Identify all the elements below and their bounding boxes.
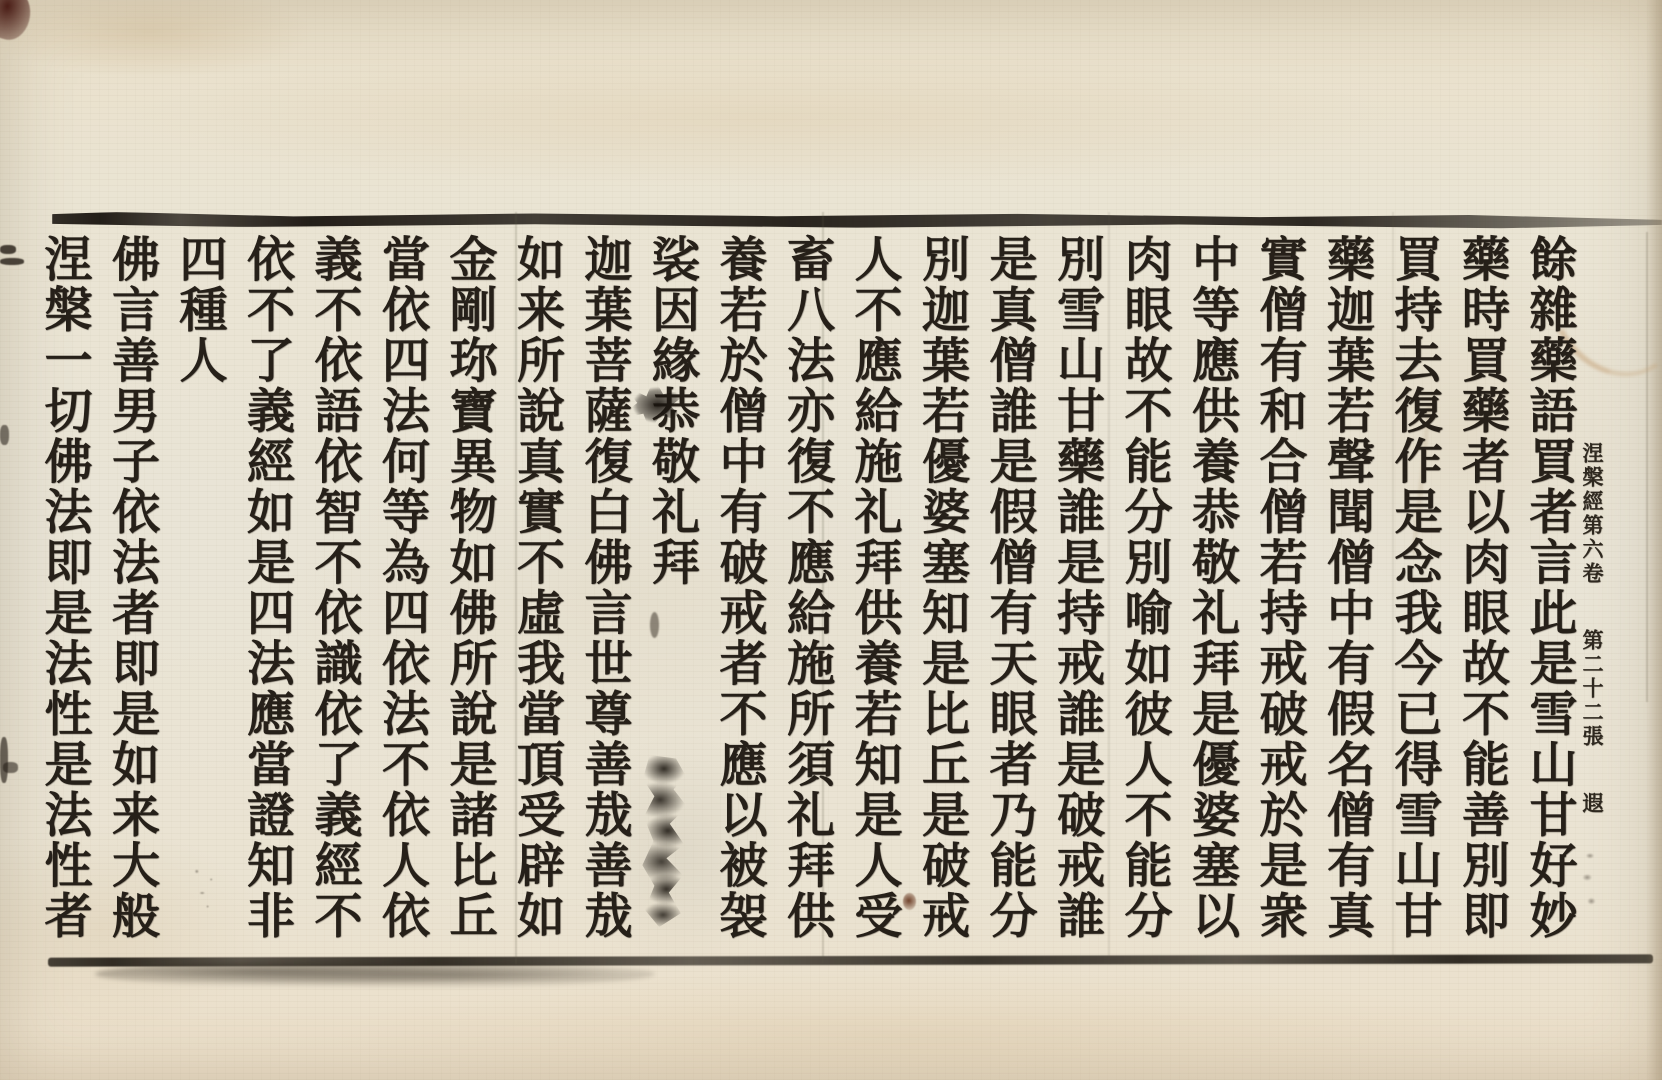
text-column: 四種人 bbox=[165, 234, 233, 950]
text-column: 實僧有和合僧若持戒破戒於是衆 bbox=[1245, 234, 1313, 950]
edge-mark bbox=[0, 737, 8, 783]
ink-dot bbox=[650, 612, 659, 638]
sutra-text-block: 餘雜藥語買者言此是雪山甘好妙藥時買藥者以肉眼故不能善別即買持去復作是念我今已得雪… bbox=[28, 234, 1582, 950]
edge-mark bbox=[0, 245, 16, 254]
text-column: 義不依語依智不依識依了義經不 bbox=[300, 234, 368, 950]
margin-note-title: 涅槃經第六卷 bbox=[1580, 442, 1604, 586]
text-column: 別雪山甘藥誰是持戒誰是破戒誰 bbox=[1042, 234, 1110, 950]
faint-marks bbox=[186, 866, 222, 920]
rust-stain bbox=[903, 893, 916, 910]
manuscript-page: 餘雜藥語買者言此是雪山甘好妙藥時買藥者以肉眼故不能善別即買持去復作是念我今已得雪… bbox=[0, 0, 1662, 1080]
text-column: 是真僧誰是假僧有天眼者乃能分 bbox=[975, 234, 1043, 950]
text-column: 別迦葉若優婆塞知是比丘是破戒 bbox=[907, 234, 975, 950]
bottom-rule-ink-smudge bbox=[95, 960, 655, 988]
text-column: 金剛珎寶異物如佛所說是諸比丘 bbox=[435, 234, 503, 950]
margin-note-sheet-number: 第二十二張 bbox=[1580, 629, 1604, 749]
text-column: 買持去復作是念我今已得雪山甘 bbox=[1380, 234, 1448, 950]
text-column: 中等應供養恭敬礼拜是優婆塞以 bbox=[1177, 234, 1245, 950]
margin-note-volume-mark: 遐 bbox=[1580, 792, 1604, 816]
text-column: 依不了義經如是四法應當證知非 bbox=[232, 234, 300, 950]
text-column: 畜八法亦復不應給施所須礼拜供 bbox=[772, 234, 840, 950]
text-column: 人不應給施礼拜供養若知是人受 bbox=[840, 234, 908, 950]
paper-right-edge bbox=[1646, 0, 1662, 1080]
corner-stain bbox=[0, 0, 36, 44]
faint-stamp-smudge bbox=[1576, 845, 1604, 917]
text-column: 如来所說真實不虛我當頂受辟如 bbox=[502, 234, 570, 950]
text-column: 佛言善男子依法者即是如来大般 bbox=[97, 234, 165, 950]
text-column: 養若於僧中有破戒者不應以被袈 bbox=[705, 234, 773, 950]
text-column: 涅槃一切佛法即是法性是法性者 bbox=[30, 234, 98, 950]
edge-mark bbox=[0, 258, 24, 265]
text-column: 藥迦葉若聲聞僧中有假名僧有真 bbox=[1312, 234, 1380, 950]
text-column: 肉眼故不能分別喻如彼人不能分 bbox=[1110, 234, 1178, 950]
edge-mark bbox=[3, 762, 18, 773]
top-border-rule bbox=[52, 212, 1662, 229]
margin-note: 涅槃經第六卷 第二十二張 遐 bbox=[1577, 442, 1607, 882]
paper-edge-line bbox=[1646, 232, 1648, 702]
text-column: 餘雜藥語買者言此是雪山甘好妙 bbox=[1515, 234, 1583, 950]
edge-mark bbox=[0, 425, 9, 445]
text-column: 藥時買藥者以肉眼故不能善別即 bbox=[1447, 234, 1515, 950]
text-column: 迦葉菩薩復白佛言世尊善㦲善㦲 bbox=[570, 234, 638, 950]
text-column: 當依四法何等為四依法不依人依 bbox=[367, 234, 435, 950]
